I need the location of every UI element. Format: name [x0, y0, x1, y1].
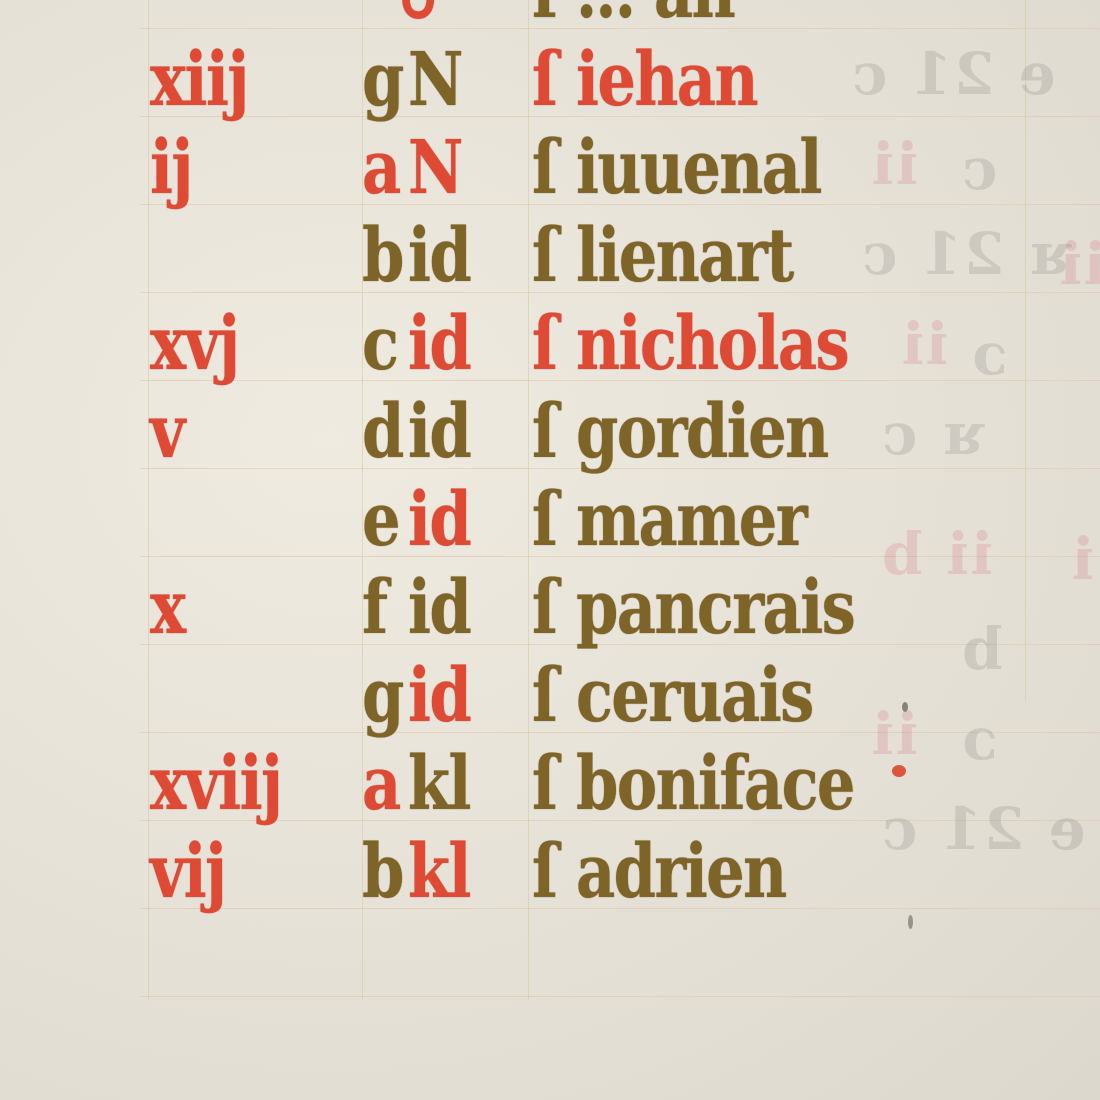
roman-day-marker: id: [408, 564, 470, 652]
roman-day-marker: id: [408, 300, 470, 388]
saint-name: ſ iehan: [532, 36, 757, 124]
dominical-letter: g: [362, 36, 403, 124]
roman-day-marker: kl: [408, 828, 470, 916]
saint-name-fragment: ſ ... an: [532, 0, 734, 36]
calendar-row: gidſ ceruais: [0, 652, 1100, 740]
roman-day-marker: id: [408, 212, 470, 300]
saint-name: ſ lienart: [532, 212, 793, 300]
saint-name: ſ iuuenal: [532, 124, 821, 212]
golden-number: xiij: [150, 36, 306, 124]
golden-number: ij: [150, 124, 306, 212]
calendar-row: eidſ mamer: [0, 476, 1100, 564]
golden-number: v: [150, 388, 306, 476]
dominical-letter: e: [362, 476, 399, 564]
dominical-letter: d: [362, 388, 403, 476]
roman-day-marker: N: [408, 124, 462, 212]
calendar-row-partial: ꝺ ſ ... an: [0, 0, 1100, 36]
saint-name: ſ mamer: [532, 476, 806, 564]
dominical-letter: b: [362, 212, 403, 300]
roman-day-marker: kl: [408, 740, 470, 828]
golden-number: vij: [150, 828, 306, 916]
golden-number: x: [150, 564, 306, 652]
saint-name: ſ pancrais: [532, 564, 854, 652]
dominical-letter: f: [362, 564, 386, 652]
dominical-letter: g: [362, 652, 403, 740]
saint-name: ſ ceruais: [532, 652, 813, 740]
calendar-row: ijaNſ iuuenal: [0, 124, 1100, 212]
ink-fleck: [902, 702, 908, 712]
red-ink-spot: [892, 765, 906, 777]
dominical-letter: b: [362, 828, 403, 916]
saint-name: ſ nicholas: [532, 300, 848, 388]
dominical-letter: a: [362, 124, 400, 212]
dominical-letter: c: [362, 300, 397, 388]
golden-number: xvj: [150, 300, 306, 388]
roman-day-marker: id: [408, 652, 470, 740]
calendar-row: xviijaklſ boniface: [0, 740, 1100, 828]
dominical-letter: a: [362, 740, 400, 828]
calendar-row: xfidſ pancrais: [0, 564, 1100, 652]
calendar-row: xiijgNſ iehan: [0, 36, 1100, 124]
ink-fleck: [908, 915, 913, 929]
roman-day-marker: id: [408, 476, 470, 564]
day-fragment: ꝺ: [400, 0, 435, 36]
saint-name: ſ adrien: [532, 828, 786, 916]
saint-name: ſ boniface: [532, 740, 854, 828]
calendar-row: vdidſ gordien: [0, 388, 1100, 476]
roman-day-marker: N: [408, 36, 462, 124]
calendar-row: bidſ lienart: [0, 212, 1100, 300]
saint-name: ſ gordien: [532, 388, 828, 476]
roman-day-marker: id: [408, 388, 470, 476]
calendar-row: xvjcidſ nicholas: [0, 300, 1100, 388]
golden-number: xviij: [150, 740, 306, 828]
calendar-row: vijbklſ adrien: [0, 828, 1100, 916]
